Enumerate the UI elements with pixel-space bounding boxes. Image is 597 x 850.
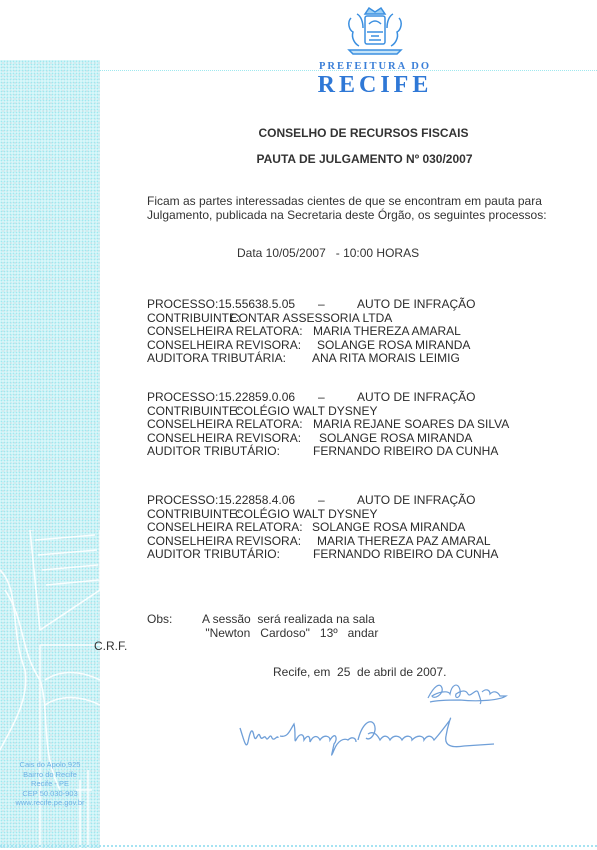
field-value: SOLANGE ROSA MIRANDA xyxy=(319,432,472,446)
field-label: AUDITOR TRIBUTÁRIO: xyxy=(147,445,280,459)
dash: – xyxy=(318,298,325,312)
address-line: Bairro do Recife xyxy=(0,770,100,780)
process-number: PROCESSO:15.22858.4.06 xyxy=(147,494,295,508)
field-value: COLÉGIO WALT DYSNEY xyxy=(235,508,377,522)
address-line: CEP 50.030-903 xyxy=(0,789,100,799)
org-name: RECIFE xyxy=(310,72,440,99)
website-link[interactable]: www.recife.pe.gov.br xyxy=(0,798,100,808)
process-number: PROCESSO:15.55638.5.05 xyxy=(147,298,295,312)
process-type: AUTO DE INFRAÇÃO xyxy=(357,298,475,312)
council-heading: CONSELHO DE RECURSOS FISCAIS xyxy=(0,126,597,140)
coat-of-arms-icon xyxy=(343,4,407,58)
field-value: SOLANGE ROSA MIRANDA xyxy=(317,339,470,353)
obs-text: A sessão será realizada na sala "Newton … xyxy=(202,612,378,640)
letterhead-logo: PREFEITURA DO RECIFE xyxy=(310,4,440,96)
field-label: CONSELHEIRA REVISORA: xyxy=(147,432,301,446)
field-value: MARIA THEREZA AMARAL xyxy=(313,325,461,339)
field-label: CONTRIBUINTE: xyxy=(147,312,240,326)
address-line: Recife - PE xyxy=(0,779,100,789)
address-line: Cais do Apolo,925 xyxy=(0,760,100,770)
field-label: CONTRIBUINTE: xyxy=(147,405,240,419)
decorative-sidebar: Cais do Apolo,925 Bairro do Recife Recif… xyxy=(0,60,100,848)
obs-label: Obs: xyxy=(147,612,172,626)
field-value: COLÉGIO WALT DYSNEY xyxy=(235,405,377,419)
dash: – xyxy=(318,391,325,405)
field-value: FERNANDO RIBEIRO DA CUNHA xyxy=(313,548,498,562)
footer-divider xyxy=(0,845,597,847)
session-date: Data 10/05/2007 - 10:00 HORAS xyxy=(237,246,419,260)
field-label: CONSELHEIRA REVISORA: xyxy=(147,535,301,549)
process-number: PROCESSO:15.22859.0.06 xyxy=(147,391,295,405)
handwritten-signature-icon xyxy=(238,710,498,760)
dash: – xyxy=(318,494,325,508)
process-type: AUTO DE INFRAÇÃO xyxy=(357,494,475,508)
field-value: ANA RITA MORAIS LEIMIG xyxy=(312,352,460,366)
initials-signature-icon xyxy=(420,676,510,706)
field-label: AUDITOR TRIBUTÁRIO: xyxy=(147,548,280,562)
field-value: FERNANDO RIBEIRO DA CUNHA xyxy=(313,445,498,459)
address-block: Cais do Apolo,925 Bairro do Recife Recif… xyxy=(0,760,100,808)
field-label: CONSELHEIRA RELATORA: xyxy=(147,325,303,339)
field-label: CONSELHEIRA REVISORA: xyxy=(147,339,301,353)
field-label: CONSELHEIRA RELATORA: xyxy=(147,521,303,535)
field-value: SOLANGE ROSA MIRANDA xyxy=(312,521,465,535)
crf-label: C.R.F. xyxy=(94,639,127,653)
field-value: MARIA THEREZA PAZ AMARAL xyxy=(317,535,491,549)
process-type: AUTO DE INFRAÇÃO xyxy=(357,391,475,405)
field-label: AUDITORA TRIBUTÁRIA: xyxy=(147,352,286,366)
field-value: MARIA REJANE SOARES DA SILVA xyxy=(313,418,509,432)
org-prefix: PREFEITURA DO xyxy=(310,61,440,72)
field-label: CONSELHEIRA RELATORA: xyxy=(147,418,303,432)
intro-paragraph: Ficam as partes interessadas cientes de … xyxy=(147,194,567,222)
document-title: PAUTA DE JULGAMENTO Nº 030/2007 xyxy=(0,152,597,166)
field-value: CONTAR ASSESSORIA LTDA xyxy=(230,312,392,326)
field-label: CONTRIBUINTE: xyxy=(147,508,240,522)
